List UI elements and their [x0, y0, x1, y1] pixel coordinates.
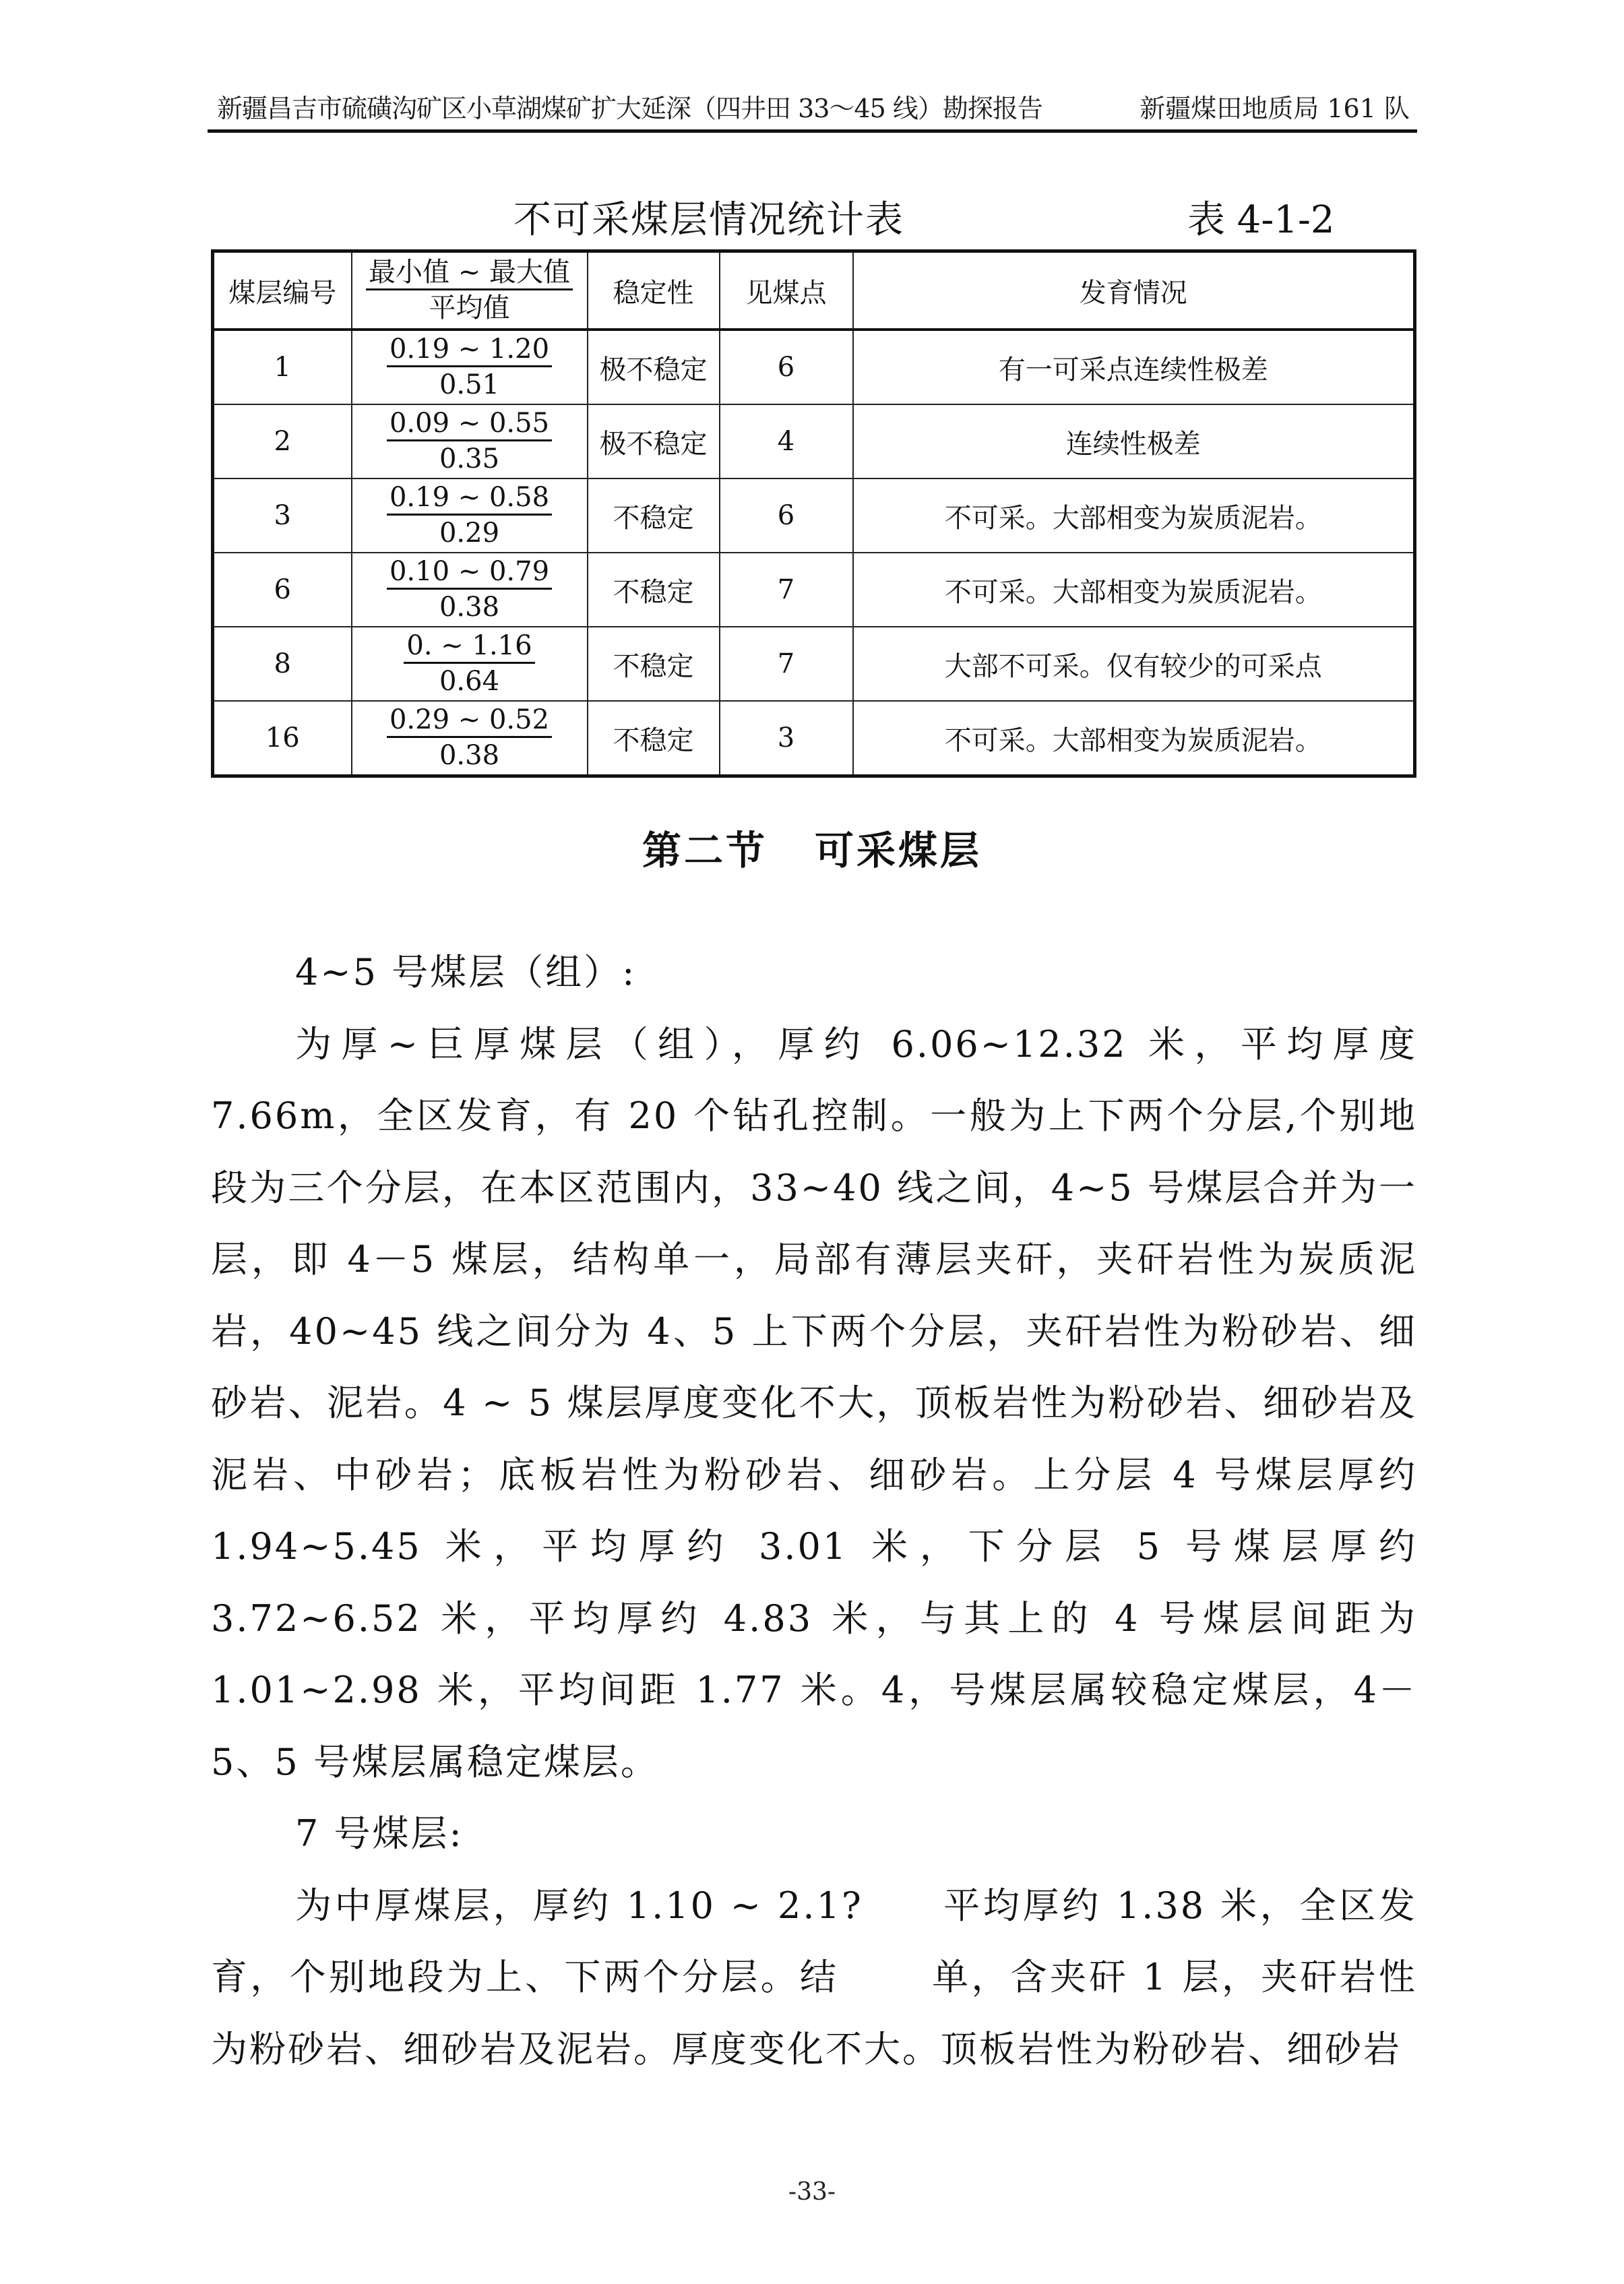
header-points: 见煤点 [720, 251, 853, 330]
seam-id: 3 [213, 479, 352, 553]
coal-points: 3 [720, 701, 853, 776]
coal-points: 6 [720, 330, 853, 404]
coal-points: 7 [720, 627, 853, 701]
header-divider [208, 129, 1417, 133]
subheading-seam-4-5: 4~5 号煤层（组）: [211, 937, 1417, 1009]
thickness-cell: 0.29 ~ 0.520.38 [352, 701, 588, 776]
table-row: 6 0.10 ~ 0.790.38 不稳定 7 不可采。大部相变为炭质泥岩。 [213, 553, 1415, 627]
development: 不可采。大部相变为炭质泥岩。 [853, 553, 1415, 627]
thickness-average: 0.38 [387, 738, 552, 770]
stability: 极不稳定 [588, 330, 720, 404]
development: 有一可采点连续性极差 [853, 330, 1415, 404]
stability: 不稳定 [588, 553, 720, 627]
thickness-average: 0.35 [387, 441, 552, 474]
thickness-average: 0.51 [387, 367, 552, 400]
table-row: 16 0.29 ~ 0.520.38 不稳定 3 不可采。大部相变为炭质泥岩。 [213, 701, 1415, 776]
table-title: 不可采煤层情况统计表 [513, 190, 904, 244]
thickness-average: 0.38 [387, 590, 552, 622]
thickness-cell: 0.09 ~ 0.550.35 [352, 404, 588, 479]
thickness-cell: 0.19 ~ 1.200.51 [352, 330, 588, 404]
stability: 极不稳定 [588, 404, 720, 479]
header-range-label: 最小值 ~ 最大值 [366, 257, 573, 290]
thickness-cell: 0.10 ~ 0.790.38 [352, 553, 588, 627]
coal-points: 4 [720, 404, 853, 479]
header-development: 发育情况 [853, 251, 1415, 330]
thickness-average: 0.29 [387, 516, 552, 548]
organization-name: 新疆煤田地质局 161 队 [1139, 88, 1410, 125]
page-header: 新疆昌吉市硫磺沟矿区小草湖煤矿扩大延深（四井田 33～45 线）勘探报告 新疆煤… [210, 80, 1416, 127]
thickness-cell: 0. ~ 1.160.64 [352, 627, 588, 701]
seam-id: 2 [213, 404, 352, 479]
report-title: 新疆昌吉市硫磺沟矿区小草湖煤矿扩大延深（四井田 33～45 线）勘探报告 [217, 88, 1042, 125]
development: 不可采。大部相变为炭质泥岩。 [853, 479, 1415, 553]
table-row: 3 0.19 ~ 0.580.29 不稳定 6 不可采。大部相变为炭质泥岩。 [213, 479, 1415, 553]
table-header-row: 煤层编号 最小值 ~ 最大值 平均值 稳定性 见煤点 发育情况 [213, 251, 1415, 330]
header-seam-id: 煤层编号 [213, 251, 352, 330]
thickness-average: 0.64 [404, 664, 534, 696]
thickness-range: 0.09 ~ 0.55 [387, 408, 552, 441]
thickness-range: 0.10 ~ 0.79 [387, 557, 552, 590]
development: 不可采。大部相变为炭质泥岩。 [853, 701, 1415, 776]
section-heading: 第二节可采煤层 [0, 819, 1624, 875]
development: 连续性极差 [853, 404, 1415, 479]
seam-id: 16 [213, 701, 352, 776]
table-caption: 不可采煤层情况统计表 表 4-1-2 [210, 190, 1416, 237]
thickness-range: 0. ~ 1.16 [404, 631, 534, 664]
body-text: 4~5 号煤层（组）: 为厚~巨厚煤层（组），厚约 6.06~12.32 米，平… [211, 937, 1417, 2085]
header-average-label: 平均值 [366, 290, 573, 323]
coal-points: 6 [720, 479, 853, 553]
table-row: 2 0.09 ~ 0.550.35 极不稳定 4 连续性极差 [213, 404, 1415, 479]
thickness-cell: 0.19 ~ 0.580.29 [352, 479, 588, 553]
development: 大部不可采。仅有较少的可采点 [853, 627, 1415, 701]
thickness-range: 0.19 ~ 0.58 [387, 483, 552, 516]
coal-points: 7 [720, 553, 853, 627]
table-number: 表 4-1-2 [1187, 190, 1335, 244]
table-row: 8 0. ~ 1.160.64 不稳定 7 大部不可采。仅有较少的可采点 [213, 627, 1415, 701]
paragraph-seam-7: 为中厚煤层，厚约 1.10 ~ 2.1? 平均厚约 1.38 米，全区发育，个别… [211, 1870, 1417, 2086]
subheading-seam-7: 7 号煤层: [211, 1798, 1417, 1870]
seam-id: 8 [213, 627, 352, 701]
unminable-seam-table: 煤层编号 最小值 ~ 最大值 平均值 稳定性 见煤点 发育情况 1 0.19 ~… [211, 249, 1416, 778]
stability: 不稳定 [588, 479, 720, 553]
thickness-range: 0.29 ~ 0.52 [387, 705, 552, 738]
table-row: 1 0.19 ~ 1.200.51 极不稳定 6 有一可采点连续性极差 [213, 330, 1415, 404]
seam-id: 1 [213, 330, 352, 404]
header-thickness: 最小值 ~ 最大值 平均值 [352, 251, 588, 330]
section-title: 可采煤层 [815, 828, 982, 873]
stability: 不稳定 [588, 627, 720, 701]
paragraph-seam-4-5: 为厚~巨厚煤层（组），厚约 6.06~12.32 米，平均厚度 7.66m，全区… [211, 1009, 1417, 1799]
header-stability: 稳定性 [588, 251, 720, 330]
section-number: 第二节 [642, 828, 768, 873]
stability: 不稳定 [588, 701, 720, 776]
thickness-range: 0.19 ~ 1.20 [387, 334, 552, 367]
seam-id: 6 [213, 553, 352, 627]
page-number: -33- [0, 2178, 1624, 2206]
